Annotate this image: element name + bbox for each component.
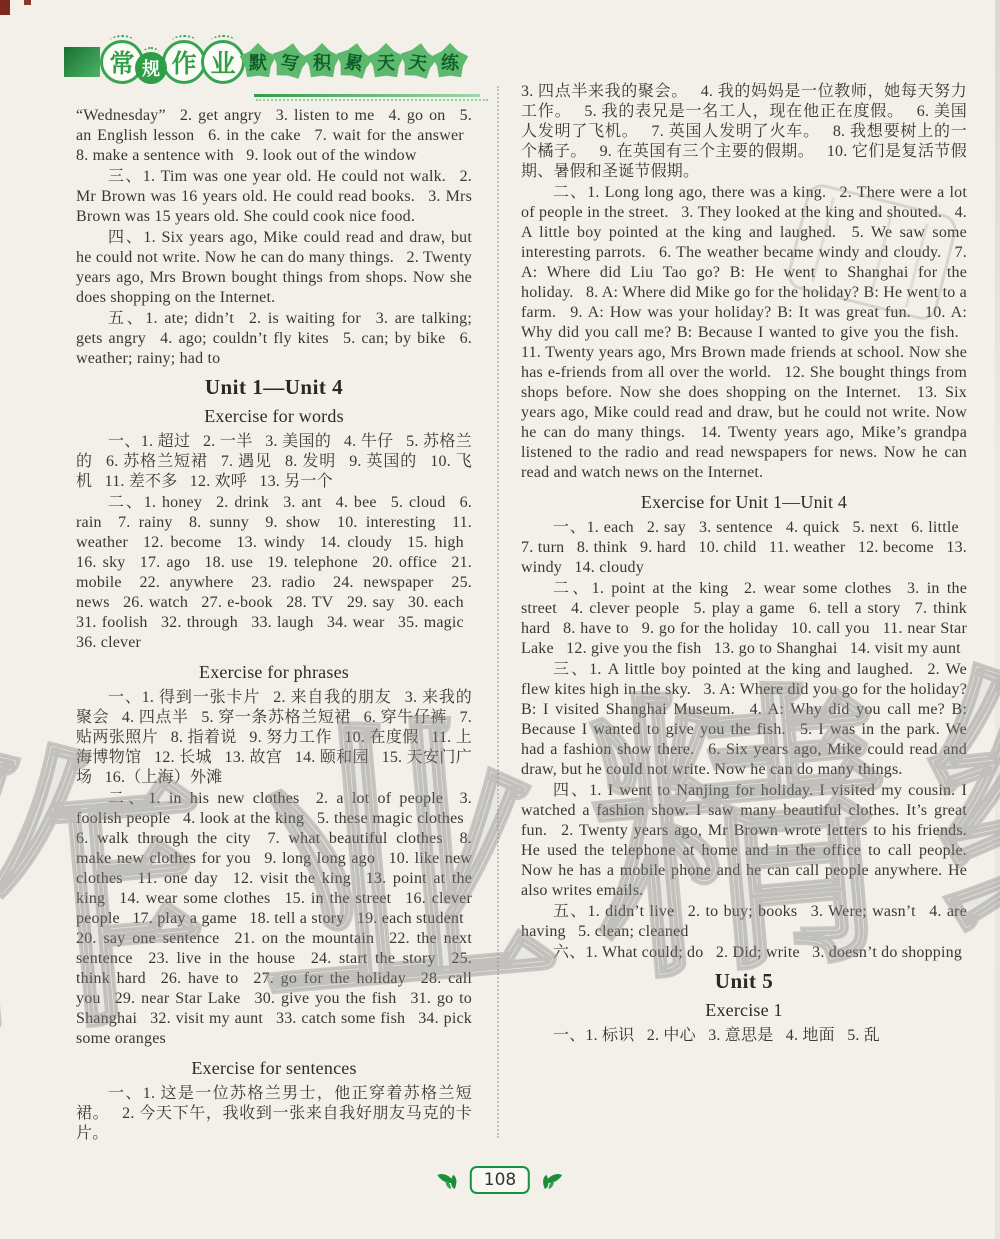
answers-paragraph: 五、1. ate; didn’t 2. is waiting for 3. ar…: [76, 309, 472, 369]
heading-exercise-for-words: Exercise for words: [76, 406, 472, 426]
heading-exercise-1: Exercise 1: [521, 1000, 967, 1020]
logo-star-char: 默: [239, 43, 277, 81]
workbook-answer-page: 常 规 作 业 默 写 积 累 天 天 练 “Wednesday” 2. get…: [0, 0, 1000, 1239]
scan-corner-mark: [24, 0, 31, 5]
leaf-ornament-left: [437, 1169, 463, 1191]
answers-paragraph: 一、1. 标识 2. 中心 3. 意思是 4. 地面 5. 乱: [521, 1026, 967, 1046]
answers-paragraph: 二、1. Long long ago, there was a king. 2.…: [521, 183, 967, 483]
logo-circle-char: 业: [201, 40, 245, 84]
answers-paragraph: 三、1. Tim was one year old. He could not …: [76, 167, 472, 227]
logo-star-char: 积: [303, 43, 341, 81]
logo-circle-char: 作: [162, 40, 206, 84]
logo-star-char: 写: [268, 40, 311, 83]
answers-paragraph: 一、1. 这是一位苏格兰男士，他正穿着苏格兰短裙。 2. 今天下午，我收到一张来…: [76, 1084, 472, 1144]
answers-paragraph: 一、1. 得到一张卡片 2. 来自我的朋友 3. 来我的聚会 4. 四点半 5.…: [76, 688, 472, 788]
answers-paragraph: 四、1. Six years ago, Mike could read and …: [76, 228, 472, 308]
answers-paragraph: 二、1. in his new clothes 2. a lot of peop…: [76, 789, 472, 1049]
answers-paragraph: 三、1. A little boy pointed at the king an…: [521, 660, 967, 780]
answers-paragraph: 一、1. each 2. say 3. sentence 4. quick 5.…: [521, 518, 967, 578]
heading-exercise-for-phrases: Exercise for phrases: [76, 662, 472, 682]
logo-star-char: 天: [396, 40, 439, 83]
logo-star-char: 累: [332, 40, 375, 83]
scan-edge-shadow: [995, 0, 1000, 1239]
book-series-logo: 常 规 作 业 默 写 积 累 天 天 练: [64, 40, 469, 84]
heading-exercise-for-sentences: Exercise for sentences: [76, 1058, 472, 1078]
right-column: 3. 四点半来我的聚会。 4. 我的妈妈是一位教师，她每天努力工作。 5. 我的…: [521, 82, 967, 1047]
column-divider: [497, 86, 499, 1138]
answers-paragraph: 五、1. didn’t live 2. to buy; books 3. Wer…: [521, 902, 967, 942]
left-column: “Wednesday” 2. get angry 3. listen to me…: [76, 106, 472, 1145]
heading-unit-5: Unit 5: [521, 971, 967, 991]
page-footer: 108: [437, 1166, 563, 1194]
logo-star-char: 练: [431, 43, 469, 81]
heading-exercise-for-unit-1-4: Exercise for Unit 1—Unit 4: [521, 492, 967, 512]
scan-corner-mark: [0, 0, 10, 15]
logo-underline: [254, 94, 480, 97]
logo-green-bar: [64, 47, 100, 77]
logo-underline-dotted: [256, 99, 488, 101]
answers-paragraph: 3. 四点半来我的聚会。 4. 我的妈妈是一位教师，她每天努力工作。 5. 我的…: [521, 82, 967, 182]
answers-paragraph: 二、1. point at the king 2. wear some clot…: [521, 579, 967, 659]
answers-paragraph: 四、1. I went to Nanjing for holiday. I vi…: [521, 781, 967, 901]
answers-paragraph: 一、1. 超过 2. 一半 3. 美国的 4. 牛仔 5. 苏格兰的 6. 苏格…: [76, 432, 472, 492]
answers-paragraph: “Wednesday” 2. get angry 3. listen to me…: [76, 106, 472, 166]
heading-unit-1-4: Unit 1—Unit 4: [76, 377, 472, 397]
page-number: 108: [470, 1166, 530, 1194]
answers-paragraph: 二、1. honey 2. drink 3. ant 4. bee 5. clo…: [76, 493, 472, 653]
logo-star-char: 天: [367, 43, 405, 81]
logo-circle-char: 规: [135, 52, 167, 84]
leaf-ornament-right: [537, 1169, 563, 1191]
leaf: [549, 1181, 555, 1189]
answers-paragraph: 六、1. What could; do 2. Did; write 3. doe…: [521, 943, 967, 963]
